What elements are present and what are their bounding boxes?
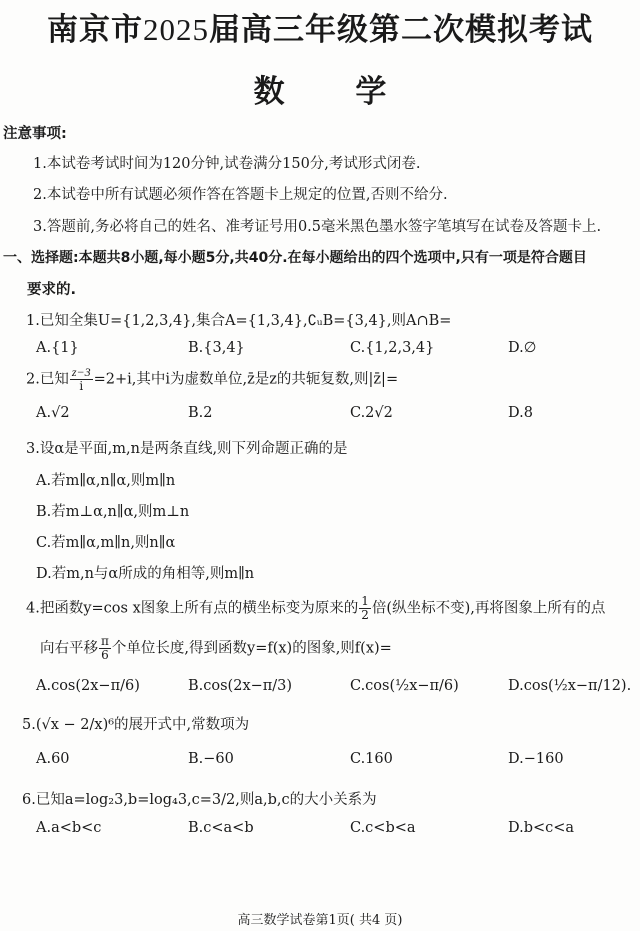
q2-option-d[interactable]: D.8 <box>508 405 533 421</box>
q1-option-a[interactable]: A.{1} <box>36 340 79 356</box>
question-5-stem: 5.(√x − 2/x)⁶的展开式中,常数项为 <box>22 713 249 734</box>
question-number: 1. <box>26 313 40 329</box>
fraction-numerator: π <box>99 635 111 649</box>
section1-heading-cont: 要求的. <box>27 278 76 299</box>
question-text: (√x − 2/x)⁶的展开式中,常数项为 <box>36 717 249 733</box>
question-text: 把函数y=cos x图象上所有点的横坐标变为原来的 <box>40 601 358 617</box>
q2-option-a[interactable]: A.√2 <box>36 405 70 421</box>
question-number: 2. <box>26 372 40 388</box>
question-number: 3. <box>26 441 40 457</box>
q5-option-a[interactable]: A.60 <box>36 751 70 767</box>
q4-option-c[interactable]: C.cos(½x−π/6) <box>350 678 459 694</box>
q3-option-b[interactable]: B.若m⊥α,n∥α,则m⊥n <box>36 500 189 521</box>
q3-option-a[interactable]: A.若m∥α,n∥α,则m∥n <box>36 469 175 490</box>
q2-option-b[interactable]: B.2 <box>188 405 213 421</box>
question-number: 4. <box>26 601 40 617</box>
q4-option-a[interactable]: A.cos(2x−π/6) <box>36 678 140 694</box>
section1-heading: 一、选择题:本题共8小题,每小题5分,共40分.在每小题给出的四个选项中,只有一… <box>3 247 587 267</box>
question-1-stem: 1.已知全集U={1,2,3,4},集合A={1,3,4},∁ᵤB={3,4},… <box>26 309 451 330</box>
q1-option-b[interactable]: B.{3,4} <box>188 340 245 356</box>
q5-option-c[interactable]: C.160 <box>350 751 393 767</box>
q3-option-c[interactable]: C.若m∥α,m∥n,则n∥α <box>36 531 175 552</box>
fraction: 12 <box>359 595 371 622</box>
question-text-cont: 倍(纵坐标不变),再将图象上所有的点 <box>372 601 605 617</box>
question-text: 已知 <box>40 372 69 388</box>
question-text: 已知全集U={1,2,3,4},集合A={1,3,4},∁ᵤB={3,4},则A… <box>40 313 452 329</box>
exam-title: 南京市2025届高三年级第二次模拟考试 <box>0 4 640 49</box>
subject-title: 数 学 <box>0 66 640 111</box>
question-3-stem: 3.设α是平面,m,n是两条直线,则下列命题正确的是 <box>26 437 348 458</box>
q4-option-b[interactable]: B.cos(2x−π/3) <box>188 678 292 694</box>
page-footer: 高三数学试卷第1页( 共4 页) <box>0 909 640 928</box>
title-suffix: 届高三年级第二次模拟考试 <box>209 12 593 48</box>
title-year: 2025 <box>143 12 209 47</box>
q5-option-d[interactable]: D.−160 <box>508 751 564 767</box>
question-text-cont: 个单位长度,得到函数y=f(x)的图象,则f(x)= <box>112 641 392 657</box>
question-2-stem: 2.已知z−3i=2+i,其中i为虚数单位,z̄是z的共轭复数,则|z̄|= <box>26 366 398 393</box>
q6-option-d[interactable]: D.b<c<a <box>508 820 574 836</box>
q1-option-c[interactable]: C.{1,2,3,4} <box>350 340 434 356</box>
question-text-cont: =2+i,其中i为虚数单位,z̄是z的共轭复数,则|z̄|= <box>94 372 398 388</box>
fraction-numerator: 1 <box>359 595 371 609</box>
notice-item-1: 1.本试卷考试时间为120分钟,试卷满分150分,考试形式闭卷. <box>33 152 421 173</box>
fraction: z−3i <box>70 366 93 393</box>
question-4-stem-line1: 4.把函数y=cos x图象上所有点的横坐标变为原来的12倍(纵坐标不变),再将… <box>26 595 605 622</box>
title-city: 南京市 <box>47 12 143 48</box>
fraction-denominator: 6 <box>99 649 111 662</box>
q3-option-d[interactable]: D.若m,n与α所成的角相等,则m∥n <box>36 562 254 583</box>
fraction-denominator: 2 <box>359 609 371 622</box>
q1-option-d[interactable]: D.∅ <box>508 340 536 356</box>
q6-option-b[interactable]: B.c<a<b <box>188 820 254 836</box>
question-6-stem: 6.已知a=log₂3,b=log₄3,c=3/2,则a,b,c的大小关系为 <box>22 788 377 809</box>
notice-heading: 注意事项: <box>3 122 67 143</box>
fraction-numerator: z−3 <box>70 366 93 380</box>
question-4-stem-line2: 向右平移π6个单位长度,得到函数y=f(x)的图象,则f(x)= <box>40 635 392 662</box>
q4-option-d[interactable]: D.cos(½x−π/12). <box>508 678 631 694</box>
question-text: 已知a=log₂3,b=log₄3,c=3/2,则a,b,c的大小关系为 <box>36 792 377 808</box>
question-text: 设α是平面,m,n是两条直线,则下列命题正确的是 <box>40 441 348 457</box>
question-text: 向右平移 <box>40 641 98 657</box>
notice-item-2: 2.本试卷中所有试题必须作答在答题卡上规定的位置,否则不给分. <box>33 183 448 204</box>
q6-option-a[interactable]: A.a<b<c <box>36 820 101 836</box>
fraction-denominator: i <box>77 380 85 393</box>
question-number: 5. <box>22 717 36 733</box>
notice-item-3: 3.答题前,务必将自己的姓名、准考证号用0.5毫米黑色墨水签字笔填写在试卷及答题… <box>33 215 601 236</box>
fraction: π6 <box>99 635 111 662</box>
q2-option-c[interactable]: C.2√2 <box>350 405 393 421</box>
q6-option-c[interactable]: C.c<b<a <box>350 820 416 836</box>
q5-option-b[interactable]: B.−60 <box>188 751 234 767</box>
question-number: 6. <box>22 792 36 808</box>
